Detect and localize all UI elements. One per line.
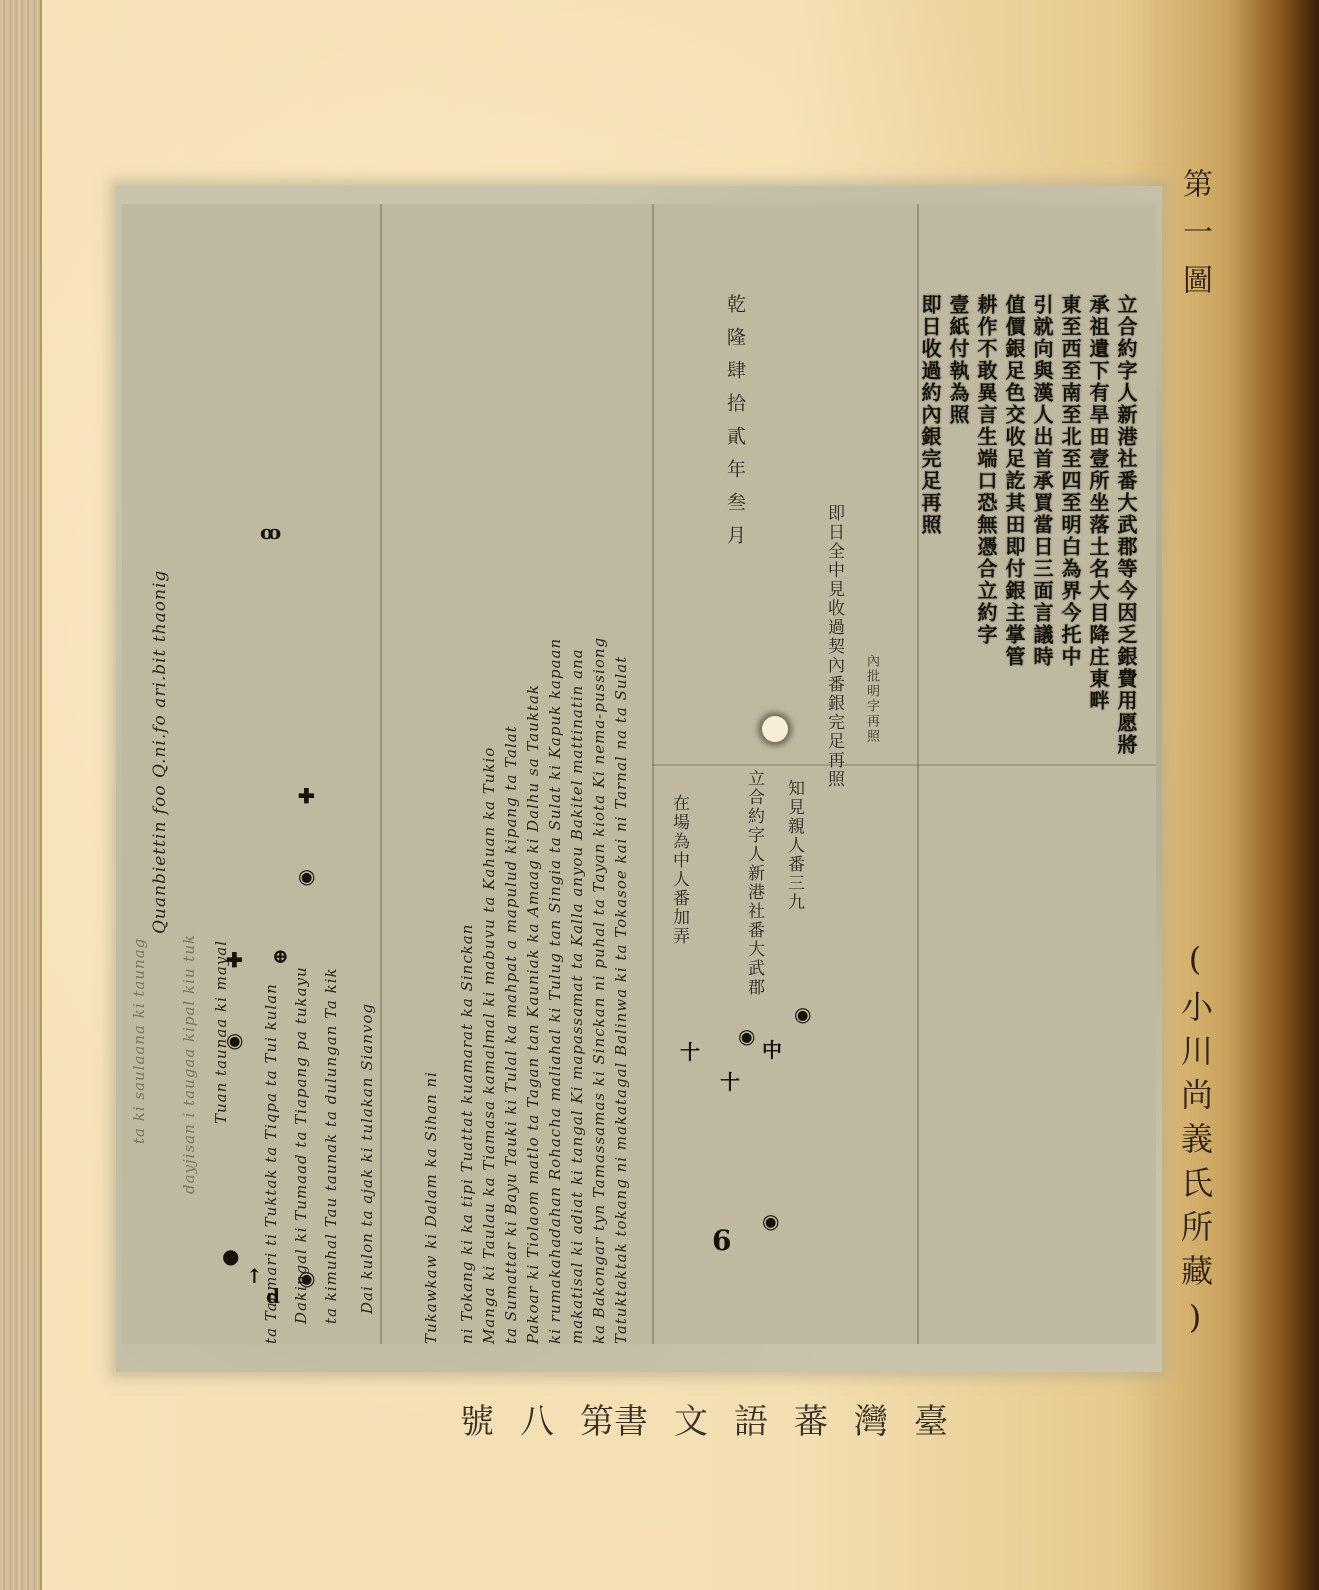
- sinkan-script-column: Dai kulon ta ajak ki tulakan Sianvog: [358, 664, 376, 1314]
- signature-mark: ◉: [762, 1209, 779, 1233]
- sinkan-script-column: ka Bakongar tyn Tamassamas ki Sinckan ni…: [590, 244, 608, 1344]
- document-paper: 立合約字人新港社番大武郡等今因乏銀費用愿將 承祖遺下有旱田壹所坐落土名大目降庄東…: [122, 204, 1156, 1344]
- plate-caption: 號八第 書文語蕃灣臺: [460, 1396, 940, 1440]
- sinkan-script-column: ta kimuhal Tau taunak ta dulungan Ta kik: [322, 724, 340, 1324]
- signature-mark: ◉: [298, 1266, 315, 1290]
- signature-mark: ✚: [298, 784, 315, 808]
- chinese-text-column: 耕作不敢異言生端口恐無憑合立約字: [972, 294, 1001, 646]
- chinese-text-column: 東至西至南至北至四至明白為界今托中: [1056, 294, 1085, 668]
- collection-credit: (小川尚義氏所藏): [1172, 940, 1218, 1348]
- signature-column: 在場為中人番加弄: [667, 794, 692, 946]
- sinkan-script-column: Quanbiettin foo Q.ni.fo ari.bit thaonig: [150, 314, 170, 934]
- signature-mark: ꝏ: [260, 520, 281, 544]
- chinese-text-column: 引就向與漢人出首承買當日三面言議時: [1028, 294, 1057, 668]
- signature-mark: ⊕: [272, 944, 289, 968]
- date-column: 乾隆肆拾貳年叁月: [722, 294, 749, 558]
- signature-mark: ◉: [794, 1002, 811, 1026]
- sinkan-script-column: makatisal ki adiat ki tangal Ki mapassam…: [568, 244, 586, 1344]
- caption-number: 號八第: [460, 1394, 614, 1443]
- signature-column: 知見親人番三九: [782, 779, 807, 912]
- annotation-column: 內批明字再照: [862, 654, 881, 744]
- sinkan-script-column: ki rumakahadahan Rohacha maliahal ki Tul…: [546, 244, 564, 1344]
- signature-mark: d: [266, 1284, 280, 1308]
- sinkan-script-column: Tatuktaktak tokang ni makatagal Balinwa …: [612, 244, 630, 1344]
- sinkan-script-column: ta ki saulaana ki taunag: [130, 644, 148, 1144]
- figure-number: 第一圖: [1172, 168, 1216, 312]
- sinkan-script-column: Pakoar ki Tiolaom matlo ta Tagan tan Kau…: [524, 244, 542, 1344]
- fold-line: [652, 204, 654, 1344]
- chinese-text-column: 立合約字人新港社番大武郡等今因乏銀費用愿將: [1112, 294, 1141, 756]
- chinese-text-column: 值價銀足色交收足訖其田即付銀主掌管: [1000, 294, 1029, 668]
- signature-mark: 中: [762, 1034, 782, 1063]
- signature-mark: 十: [680, 1036, 700, 1065]
- signature-mark: ◉: [226, 1028, 243, 1052]
- seal-hole: [762, 716, 788, 742]
- chinese-text-column: 壹紙付執為照: [944, 294, 973, 426]
- document-photograph: 立合約字人新港社番大武郡等今因乏銀費用愿將 承祖遺下有旱田壹所坐落土名大目降庄東…: [116, 186, 1162, 1372]
- sinkan-script-column: Tukawkaw ki Dalam ka Sihan ni: [422, 244, 440, 1344]
- signature-mark: 6: [712, 1224, 731, 1257]
- book-page: 立合約字人新港社番大武郡等今因乏銀費用愿將 承祖遺下有旱田壹所坐落土名大目降庄東…: [0, 0, 1319, 1590]
- sinkan-script-column: dayjisan i taugaa kipal kiu tuk: [180, 674, 198, 1194]
- chinese-text-column: 即日收過約內銀完足再照: [916, 294, 945, 536]
- signature-mark: ↑: [246, 1264, 263, 1288]
- signature-mark: ✚: [226, 948, 243, 972]
- fold-line: [652, 764, 1156, 766]
- sinkan-script-column: ta Sumattar ki Bayu Tauki ki Tulal ka ma…: [502, 244, 520, 1344]
- sinkan-script-column: Dakingal ki Tumaad ta Tiapang pa tukayu: [292, 724, 310, 1324]
- signature-column: 立合約字人新港社番大武郡: [742, 769, 767, 997]
- signature-mark: ◉: [298, 864, 315, 888]
- chinese-text-column: 承祖遺下有旱田壹所坐落土名大目降庄東畔: [1084, 294, 1113, 712]
- signature-mark: ●: [222, 1244, 239, 1268]
- signature-mark: 十: [720, 1066, 740, 1095]
- fold-line: [380, 204, 382, 1344]
- page-edges: [0, 0, 42, 1590]
- signature-mark: ◉: [738, 1024, 755, 1048]
- sinkan-script-column: ta Taumari ti Tuktak ta Tiqpa ta Tui kul…: [262, 724, 280, 1344]
- caption-title: 書文語蕃灣臺: [614, 1394, 948, 1443]
- sinkan-script-column: Manga ki Taulau ka Tiamasa kamalmal ki m…: [480, 244, 498, 1344]
- witness-column: 即日全中見收過契內番銀完足再照: [822, 504, 847, 789]
- sinkan-script-column: ni Tokang ki ka tipi Tuattat kuamarat ka…: [458, 244, 476, 1344]
